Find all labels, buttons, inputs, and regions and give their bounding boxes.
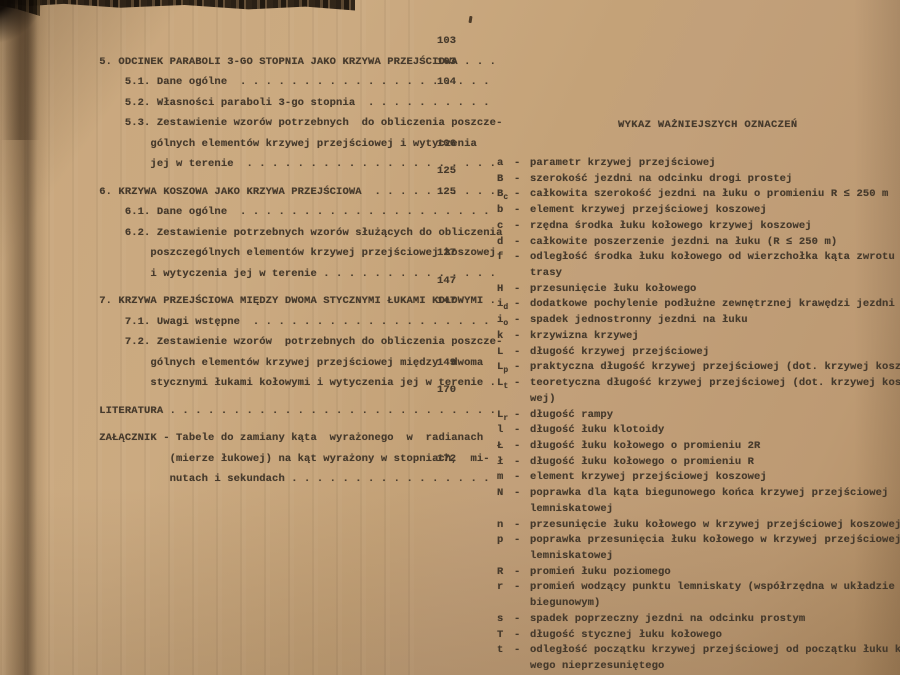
symbol (497, 266, 514, 282)
symbol-entry: b - element krzywej przejściowej koszowe… (497, 203, 900, 219)
book-spread-photo: 5. ODCINEK PARABOLI 3-GO STOPNIA JAKO KR… (0, 0, 900, 675)
symbol-entry: N - poprawka dla kąta biegunowego końca … (497, 486, 900, 502)
dash-separator: - (514, 439, 530, 455)
toc-line: LITERATURA . . . . . . . . . . . . . . .… (48, 380, 472, 401)
symbol-description: praktyczna długość krzywej przejściowej … (530, 360, 900, 376)
toc-page-number: 127 (437, 243, 456, 264)
symbol-description: spadek jednostronny jezdni na łuku (530, 313, 900, 329)
symbol-description: przesunięcie łuku kołowego w krzywej prz… (530, 518, 900, 534)
symbol-description: odległość początku krzywej przejściowej … (530, 643, 900, 659)
toc-line: 7.2. Zestawienie wzorów potrzebnych do o… (48, 312, 472, 333)
table-of-contents: 5. ODCINEK PARABOLI 3-GO STOPNIA JAKO KR… (48, 31, 472, 469)
dash-separator: - (514, 156, 530, 172)
symbol-letter: c (497, 220, 503, 232)
symbol: Bc (497, 187, 514, 203)
symbol-letter: l (497, 424, 503, 436)
symbol-description: biegunowym) (530, 596, 900, 612)
symbol: B (497, 172, 514, 188)
symbol-description: długość łuku kołowego o promieniu R (530, 455, 900, 471)
dash-separator: - (514, 250, 530, 266)
symbol: n (497, 518, 514, 534)
symbol-letter: a (497, 157, 503, 169)
symbol (497, 502, 514, 518)
toc-line: 6.2. Zestawienie potrzebnych wzorów służ… (48, 202, 472, 223)
symbol-description: długość łuku klotoidy (530, 423, 900, 439)
symbol-entry: r - promień wodzący punktu lemniskaty (w… (497, 580, 900, 596)
symbol: R (497, 565, 514, 581)
symbol-entry: H - przesunięcie łuku kołowego (497, 282, 900, 298)
symbol-letter: L (497, 346, 503, 358)
symbol: b (497, 203, 514, 219)
toc-page-number: 147 (437, 291, 456, 312)
dash-separator: - (514, 172, 530, 188)
toc-line: 7. KRZYWA PRZEJŚCIOWA MIĘDZY DWOMA STYCZ… (48, 271, 472, 292)
toc-page-number: 125 (437, 182, 456, 203)
symbol-description: wego nieprzesuniętego (530, 659, 900, 675)
toc-line-text: nutach i sekundach . . . . . . . . . . .… (99, 473, 489, 485)
symbol (497, 392, 514, 408)
symbol-entry: p - poprawka przesunięcia łuku kołowego … (497, 533, 900, 549)
symbol-entry: m - element krzywej przejściowej koszowe… (497, 470, 900, 486)
symbol: N (497, 486, 514, 502)
toc-page-number: 106 (437, 134, 456, 155)
symbol-description: parametr krzywej przejściowej (530, 156, 900, 172)
toc-page-number: 125 (437, 161, 456, 182)
toc-line: ZAŁĄCZNIK - Tabele do zamiany kąta wyraż… (48, 408, 472, 429)
dash-separator: - (514, 643, 530, 659)
dash-separator: - (514, 408, 530, 424)
symbol-description: całkowita szerokość jezdni na łuku o pro… (530, 187, 900, 203)
symbol-subscript: c (503, 193, 508, 202)
symbol-entry: Lp - praktyczna długość krzywej przejści… (497, 360, 900, 376)
symbol-entry: R - promień łuku poziomego (497, 565, 900, 581)
symbol: L (497, 345, 514, 361)
symbol-letter: b (497, 204, 503, 216)
symbol-description: rzędna środka łuku kołowego krzywej kosz… (530, 219, 900, 235)
symbol-description: dodatkowe pochylenie podłużne zewnętrzne… (530, 297, 900, 313)
symbol-description: element krzywej przejściowej koszowej (530, 470, 900, 486)
symbol-entry: f - odległość środka łuku kołowego od wi… (497, 250, 900, 266)
symbol-description: szerokość jezdni na odcinku drogi proste… (530, 172, 900, 188)
symbol-description: poprawka przesunięcia łuku kołowego w kr… (530, 533, 900, 549)
symbol: t (497, 643, 514, 659)
toc-line: stycznymi łukami kołowymi i wytyczenia j… (48, 353, 472, 374)
symbol-description: promień wodzący punktu lemniskaty (współ… (530, 580, 900, 596)
symbol-letter: s (497, 613, 503, 625)
dash-separator: - (514, 219, 530, 235)
symbol-letter: B (497, 173, 503, 185)
dash-separator: - (514, 628, 530, 644)
symbol-description: całkowite poszerzenie jezdni na łuku (R … (530, 235, 900, 251)
symbol: Lt (497, 376, 514, 392)
symbol-entry: lemniskatowej (497, 549, 900, 565)
toc-page-number: 103 (437, 31, 456, 52)
toc-line: gólnych elementów krzywej przejściowej i… (48, 113, 472, 134)
dash-separator: - (514, 470, 530, 486)
symbol: m (497, 470, 514, 486)
toc-line: (mierze łukowej) na kąt wyrażony w stopn… (48, 428, 472, 449)
toc-line: poszczególnych elementów krzywej przejśc… (48, 223, 472, 244)
dash-separator: - (514, 345, 530, 361)
toc-page-number: 103 (437, 52, 456, 73)
dash-separator (514, 392, 530, 408)
symbol: io (497, 313, 514, 329)
dash-separator: - (514, 360, 530, 376)
symbol: Lr (497, 408, 514, 424)
symbol-entry: id - dodatkowe pochylenie podłużne zewnę… (497, 297, 900, 313)
symbol-entry: Bc - całkowita szerokość jezdni na łuku … (497, 187, 900, 203)
symbol: r (497, 580, 514, 596)
symbol (497, 596, 514, 612)
symbol-letter: Ł (497, 440, 503, 452)
symbol-subscript: d (503, 303, 508, 312)
symbol-description: długość rampy (530, 408, 900, 424)
symbol-letter: n (497, 519, 503, 531)
symbol-letter: T (497, 629, 503, 641)
dash-separator: - (514, 612, 530, 628)
symbol-entry: ł - długość łuku kołowego o promieniu R (497, 455, 900, 471)
symbol: ł (497, 455, 514, 471)
symbol: k (497, 329, 514, 345)
symbol-entry: k - krzywizna krzywej (497, 329, 900, 345)
dash-separator: - (514, 565, 530, 581)
dash-separator: - (514, 376, 530, 392)
symbol-entry: T - długość stycznej łuku kołowego (497, 628, 900, 644)
dash-separator: - (514, 235, 530, 251)
symbol-subscript: t (503, 382, 508, 391)
symbol-entry: n - przesunięcie łuku kołowego w krzywej… (497, 518, 900, 534)
symbol: c (497, 219, 514, 235)
symbol-entry: wego nieprzesuniętego (497, 659, 900, 675)
symbol-letter: N (497, 487, 503, 499)
symbol: l (497, 423, 514, 439)
symbol-description: odległość środka łuku kołowego od wierzc… (530, 250, 900, 266)
toc-line: 7.1. Uwagi wstępne . . . . . . . . . . .… (48, 291, 472, 312)
symbol-subscript: r (503, 414, 508, 423)
symbol-entry: L - długość krzywej przejściowej (497, 345, 900, 361)
symbol-entry: c - rzędna środka łuku kołowego krzywej … (497, 219, 900, 235)
toc-line: 6. KRZYWA KOSZOWA JAKO KRZYWA PRZEJŚCIOW… (48, 161, 472, 182)
dash-separator: - (514, 455, 530, 471)
toc-line: i wytyczenia jej w terenie . . . . . . .… (48, 243, 472, 264)
symbol-entry: B - szerokość jezdni na odcinku drogi pr… (497, 172, 900, 188)
symbol-description: lemniskatowej (530, 502, 900, 518)
symbol-entry: io - spadek jednostronny jezdni na łuku (497, 313, 900, 329)
symbol-description: długość stycznej łuku kołowego (530, 628, 900, 644)
symbol: Ł (497, 439, 514, 455)
symbol-description: krzywizna krzywej (530, 329, 900, 345)
symbol-entry: Ł - długość łuku kołowego o promieniu 2R (497, 439, 900, 455)
toc-line: nutach i sekundach . . . . . . . . . . .… (48, 449, 472, 470)
symbol-subscript: p (503, 366, 508, 375)
symbol: a (497, 156, 514, 172)
dash-separator: - (514, 533, 530, 549)
symbol-letter: d (497, 236, 503, 248)
symbol-letter: m (497, 471, 503, 483)
symbol: id (497, 297, 514, 313)
symbol-letter: R (497, 566, 503, 578)
toc-line: 6.1. Dane ogólne . . . . . . . . . . . .… (48, 182, 472, 203)
symbol-description: wej) (530, 392, 900, 408)
symbol-letter: p (497, 534, 503, 546)
symbol-description: trasy (530, 266, 900, 282)
symbol-letter: t (497, 644, 503, 656)
symbol-description: przesunięcie łuku kołowego (530, 282, 900, 298)
toc-line: 5. ODCINEK PARABOLI 3-GO STOPNIA JAKO KR… (48, 31, 472, 52)
page-title: WYKAZ WAŻNIEJSZYCH OZNACZEŃ (618, 119, 798, 131)
symbol: p (497, 533, 514, 549)
symbol-list: a - parametr krzywej przejściowej B - sz… (497, 156, 900, 675)
symbol-entry: biegunowym) (497, 596, 900, 612)
symbol: T (497, 628, 514, 644)
toc-page-number: 104 (437, 72, 456, 93)
toc-page-number: 149 (437, 353, 456, 374)
symbol: H (497, 282, 514, 298)
symbol-subscript: o (503, 319, 508, 328)
symbol-entry: t - odległość początku krzywej przejścio… (497, 643, 900, 659)
dash-separator: - (514, 203, 530, 219)
symbol-description: promień łuku poziomego (530, 565, 900, 581)
symbol-entry: trasy (497, 266, 900, 282)
symbol: d (497, 235, 514, 251)
dash-separator: - (514, 518, 530, 534)
symbol-entry: Lr - długość rampy (497, 408, 900, 424)
dash-separator: - (514, 486, 530, 502)
dash-separator: - (514, 329, 530, 345)
symbol-letter: r (497, 581, 503, 593)
symbol-description: teoretyczna długość krzywej przejściowej… (530, 376, 900, 392)
toc-page-number: 172 (437, 449, 456, 470)
symbol: Lp (497, 360, 514, 376)
toc-line: 5.2. Własności paraboli 3-go stopnia . .… (48, 72, 472, 93)
symbol-letter: ł (497, 456, 503, 468)
symbol-description: długość krzywej przejściowej (530, 345, 900, 361)
dash-separator (514, 502, 530, 518)
symbol-entry: s - spadek poprzeczny jezdni na odcinku … (497, 612, 900, 628)
symbol-entry: d - całkowite poszerzenie jezdni na łuku… (497, 235, 900, 251)
symbol-description: długość łuku kołowego o promieniu 2R (530, 439, 900, 455)
symbol: f (497, 250, 514, 266)
symbol (497, 659, 514, 675)
dash-separator: - (514, 282, 530, 298)
dash-separator: - (514, 313, 530, 329)
symbol-description: spadek poprzeczny jezdni na odcinku pros… (530, 612, 900, 628)
symbol-entry: l - długość łuku klotoidy (497, 423, 900, 439)
dash-separator (514, 659, 530, 675)
symbol-description: lemniskatowej (530, 549, 900, 565)
symbol-entry: lemniskatowej (497, 502, 900, 518)
symbol-entry: Lt - teoretyczna długość krzywej przejśc… (497, 376, 900, 392)
toc-page-number: 147 (437, 271, 456, 292)
dash-separator: - (514, 297, 530, 313)
symbol-letter: f (497, 251, 503, 263)
dash-separator: - (514, 580, 530, 596)
toc-line: gólnych elementów krzywej przejściowej m… (48, 332, 472, 353)
symbol (497, 549, 514, 565)
dash-separator: - (514, 423, 530, 439)
toc-page-number: 170 (437, 380, 456, 401)
dash-separator (514, 549, 530, 565)
symbol-description: element krzywej przejściowej koszowej (530, 203, 900, 219)
symbol-letter: H (497, 283, 503, 295)
toc-line: 5.3. Zestawienie wzorów potrzebnych do o… (48, 93, 472, 114)
symbol-entry: a - parametr krzywej przejściowej (497, 156, 900, 172)
toc-line: 5.1. Dane ogólne . . . . . . . . . . . .… (48, 52, 472, 73)
dash-separator: - (514, 187, 530, 203)
symbol-entry: wej) (497, 392, 900, 408)
toc-line: jej w terenie . . . . . . . . . . . . . … (48, 134, 472, 155)
symbol: s (497, 612, 514, 628)
symbol-letter: k (497, 330, 503, 342)
symbol-description: poprawka dla kąta biegunowego końca krzy… (530, 486, 900, 502)
dash-separator (514, 596, 530, 612)
dash-separator (514, 266, 530, 282)
